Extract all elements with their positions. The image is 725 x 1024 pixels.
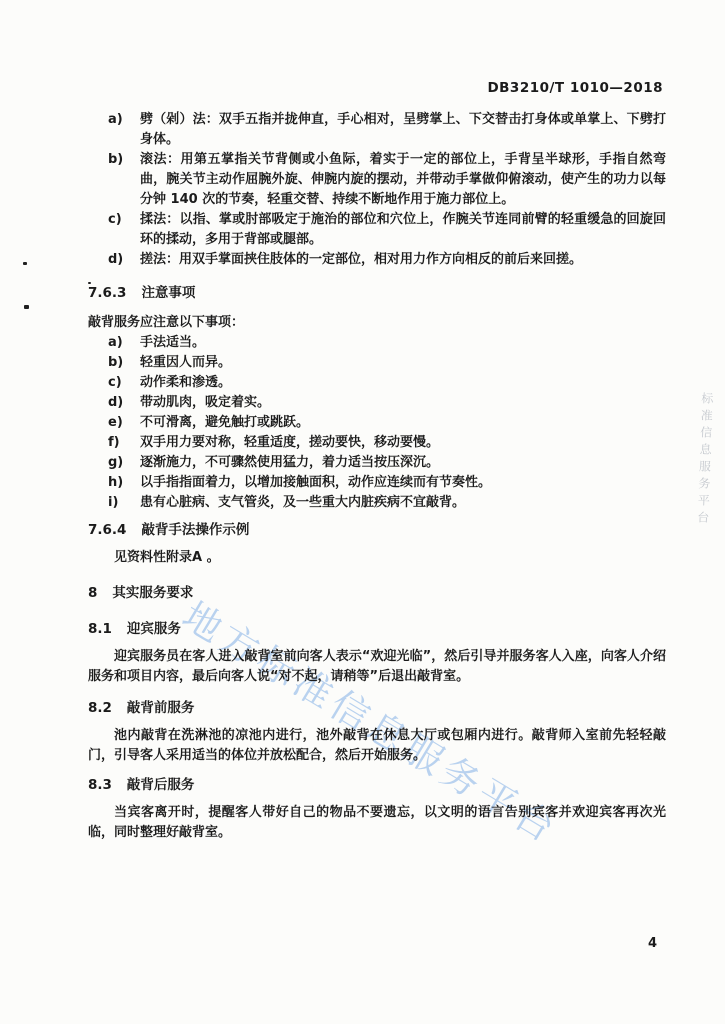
section-heading-7-6-4: 7.6.4敲背手法操作示例 [88, 520, 666, 540]
list-item: g) 逐渐施力，不可骤然使用猛力，着力适当按压深沉。 [88, 453, 666, 473]
section-title: 注意事项 [141, 285, 195, 301]
page-content: a) 劈（剁）法：双手五指并拢伸直，手心相对，呈劈掌上、下交替击打身体或单掌上、… [88, 110, 666, 843]
scan-speck [24, 305, 29, 309]
section-number: 8.2 [88, 700, 112, 716]
list-item: i) 患有心脏病、支气管炎，及一些重大内脏疾病不宜敲背。 [88, 493, 666, 513]
list-item: c) 动作柔和渗透。 [88, 373, 666, 393]
list-item-letter: c) [88, 210, 140, 230]
list-item-text: 滚法：用第五掌指关节背侧或小鱼际，着实于一定的部位上，手背呈半球形，手指自然弯曲… [140, 150, 666, 210]
appendix-reference: 见资料性附录A 。 [88, 548, 666, 568]
list-item-letter: a) [88, 333, 140, 353]
list-item-letter: f) [88, 433, 140, 453]
document-page: DB3210/T 1010—2018 地方标准信息服务平台 标准信息服务平台 a… [0, 0, 725, 1024]
list-item: f) 双手用力要对称，轻重适度，搓动要快，移动要慢。 [88, 433, 666, 453]
scan-speck [23, 262, 27, 265]
list-item-text: 带动肌肉，吸定着实。 [140, 393, 666, 413]
section-8-3-paragraph: 当宾客离开时，提醒客人带好自己的物品不要遗忘，以文明的语言告别宾客并欢迎宾客再次… [88, 803, 666, 843]
list-item-letter: a) [88, 110, 140, 130]
list-item-text: 搓法：用双手掌面挟住肢体的一定部位，相对用力作方向相反的前后来回搓。 [140, 250, 666, 270]
list-item: b) 滚法：用第五掌指关节背侧或小鱼际，着实于一定的部位上，手背呈半球形，手指自… [88, 150, 666, 210]
list-item-letter: h) [88, 473, 140, 493]
edge-watermark: 标准信息服务平台 [691, 392, 717, 573]
list-item-text: 劈（剁）法：双手五指并拢伸直，手心相对，呈劈掌上、下交替击打身体或单掌上、下劈打… [140, 110, 666, 150]
list-item-letter: c) [88, 373, 140, 393]
list-item: e) 不可滑离，避免触打或跳跃。 [88, 413, 666, 433]
list-item-letter: d) [88, 393, 140, 413]
notes-intro: 敲背服务应注意以下事项： [88, 313, 666, 333]
doc-code-header: DB3210/T 1010—2018 [487, 78, 663, 98]
section-number: 8.1 [88, 621, 112, 637]
section-title: 迎宾服务 [127, 621, 181, 637]
list-item: c) 揉法：以指、掌或肘部吸定于施治的部位和穴位上，作腕关节连同前臂的轻重缓急的… [88, 210, 666, 250]
list-item: a) 手法适当。 [88, 333, 666, 353]
list-item-text: 双手用力要对称，轻重适度，搓动要快，移动要慢。 [140, 433, 666, 453]
section-heading-7-6-3: 7.6.3注意事项 [88, 283, 666, 303]
notes-list: a) 手法适当。 b) 轻重因人而异。 c) 动作柔和渗透。 d) 带动肌肉，吸… [88, 333, 666, 513]
section-heading-8-3: 8.3敲背后服务 [88, 775, 666, 795]
list-item-letter: e) [88, 413, 140, 433]
list-item-text: 动作柔和渗透。 [140, 373, 666, 393]
list-item-letter: i) [88, 493, 140, 513]
section-number: 7.6.3 [88, 285, 126, 301]
page-number: 4 [648, 934, 657, 954]
section-heading-8-1: 8.1迎宾服务 [88, 619, 666, 639]
list-item: d) 带动肌肉，吸定着实。 [88, 393, 666, 413]
list-item-text: 手法适当。 [140, 333, 666, 353]
list-item: d) 搓法：用双手掌面挟住肢体的一定部位，相对用力作方向相反的前后来回搓。 [88, 250, 666, 270]
section-number: 8 [88, 585, 97, 601]
section-title: 敲背前服务 [127, 700, 195, 716]
section-heading-8: 8其实服务要求 [88, 583, 666, 603]
section-number: 8.3 [88, 777, 112, 793]
list-item-text: 逐渐施力，不可骤然使用猛力，着力适当按压深沉。 [140, 453, 666, 473]
section-title: 敲背后服务 [127, 777, 195, 793]
list-item-letter: b) [88, 353, 140, 373]
list-item-letter: d) [88, 250, 140, 270]
list-item-text: 轻重因人而异。 [140, 353, 666, 373]
section-title: 敲背手法操作示例 [141, 522, 249, 538]
section-heading-8-2: 8.2敲背前服务 [88, 698, 666, 718]
list-item-text: 不可滑离，避免触打或跳跃。 [140, 413, 666, 433]
list-item: b) 轻重因人而异。 [88, 353, 666, 373]
list-item: h) 以手指指面着力，以增加接触面积，动作应连续而有节奏性。 [88, 473, 666, 493]
section-8-2-paragraph: 池内敲背在洗淋池的凉池内进行，池外敲背在休息大厅或包厢内进行。敲背师入室前先轻轻… [88, 726, 666, 766]
list-item-letter: b) [88, 150, 140, 170]
list-item-text: 揉法：以指、掌或肘部吸定于施治的部位和穴位上，作腕关节连同前臂的轻重缓急的回旋回… [140, 210, 666, 250]
section-8-1-paragraph: 迎宾服务员在客人进入敲背室前向客人表示“欢迎光临”，然后引导并服务客人入座，向客… [88, 647, 666, 687]
technique-list: a) 劈（剁）法：双手五指并拢伸直，手心相对，呈劈掌上、下交替击打身体或单掌上、… [88, 110, 666, 270]
list-item-letter: g) [88, 453, 140, 473]
section-number: 7.6.4 [88, 522, 126, 538]
section-title: 其实服务要求 [112, 585, 193, 601]
list-item-text: 以手指指面着力，以增加接触面积，动作应连续而有节奏性。 [140, 473, 666, 493]
list-item: a) 劈（剁）法：双手五指并拢伸直，手心相对，呈劈掌上、下交替击打身体或单掌上、… [88, 110, 666, 150]
list-item-text: 患有心脏病、支气管炎，及一些重大内脏疾病不宜敲背。 [140, 493, 666, 513]
